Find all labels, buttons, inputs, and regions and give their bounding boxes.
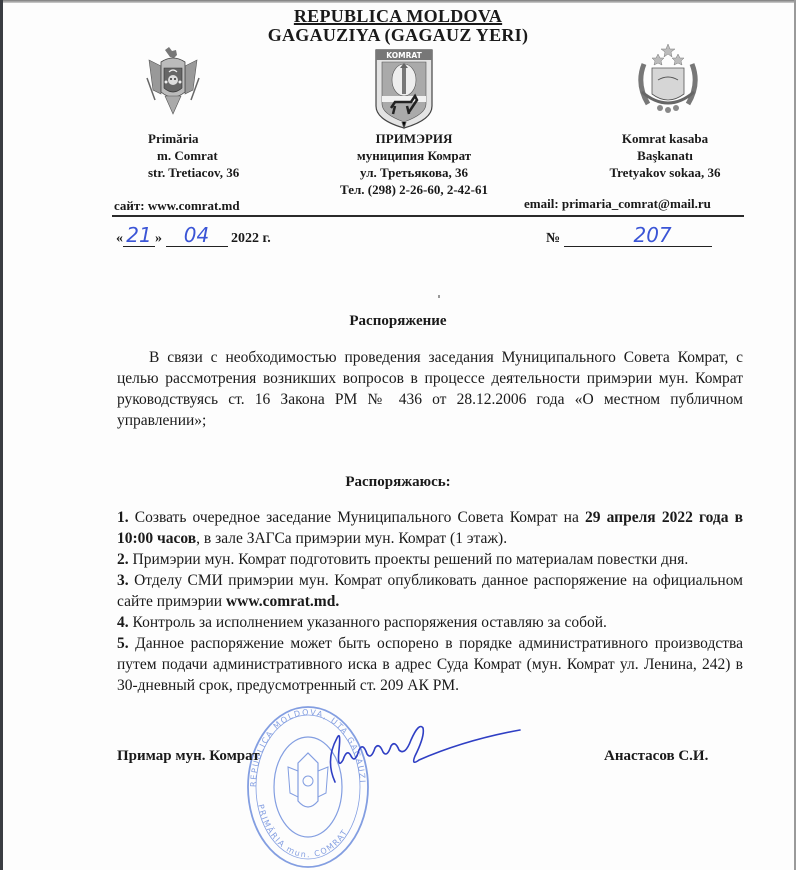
signatory-position: Примар мун. Комрат bbox=[117, 748, 260, 765]
signatory-name: Анастасов С.И. bbox=[604, 748, 708, 765]
header-left-block: Primăria m. Comrat str. Tretiacov, 36 bbox=[112, 130, 302, 181]
email-link[interactable]: email: primaria_comrat@mail.ru bbox=[524, 196, 711, 212]
date-day-field: 21 bbox=[123, 228, 155, 247]
header-left-line: str. Tretiacov, 36 bbox=[112, 164, 302, 181]
scan-speck bbox=[438, 295, 440, 298]
header-right-line: Tretyakov sokaa, 36 bbox=[590, 164, 740, 181]
decree-item: 5. Данное распоряжение может быть оспоре… bbox=[117, 633, 743, 696]
decree-heading: Распоряжаюсь: bbox=[0, 474, 796, 491]
header-right-line: Başkanatı bbox=[590, 147, 740, 164]
country-heading: REPUBLICA MOLDOVA bbox=[0, 6, 796, 27]
decree-item: 2. Примэрии мун. Комрат подготовить прое… bbox=[117, 549, 743, 570]
website-link[interactable]: сайт: www.comrat.md bbox=[114, 198, 240, 214]
header-center-line: муниципия Комрат bbox=[320, 147, 508, 164]
header-left-line: m. Comrat bbox=[112, 147, 302, 164]
decree-item: 4. Контроль за исполнением указанного ра… bbox=[117, 612, 743, 633]
document-title: Распоряжение bbox=[0, 313, 796, 330]
header-center-line: Тел. (298) 2-26-60, 2-42-61 bbox=[320, 181, 508, 198]
header-center-line: ул. Третьякова, 36 bbox=[320, 164, 508, 181]
moldova-coat-of-arms-icon bbox=[145, 46, 201, 120]
decree-item: 3. Отделу СМИ примэрии мун. Комрат опубл… bbox=[117, 570, 743, 612]
header-right-line: Komrat kasaba bbox=[590, 130, 740, 147]
decree-items-list: 1. Созвать очередное заседание Муниципал… bbox=[117, 507, 743, 696]
header-center-line: ПРИМЭРИЯ bbox=[320, 130, 508, 147]
header-divider bbox=[112, 215, 744, 217]
komrat-coat-of-arms-icon: KOMRAT bbox=[373, 48, 435, 130]
document-date: «21» 04 2022 г. bbox=[116, 228, 271, 247]
decree-item: 1. Созвать очередное заседание Муниципал… bbox=[117, 507, 743, 549]
document-number: № 207 bbox=[546, 228, 712, 247]
document-number-field: 207 bbox=[564, 228, 712, 247]
svg-text:PRIMĂRIA mun. COMRAT: PRIMĂRIA mun. COMRAT bbox=[256, 803, 350, 859]
gagauzia-coat-of-arms-icon bbox=[634, 42, 702, 118]
signature-handwriting-icon bbox=[315, 720, 525, 790]
svg-text:KOMRAT: KOMRAT bbox=[386, 51, 422, 60]
header-center-block: ПРИМЭРИЯ муниципия Комрат ул. Третьякова… bbox=[320, 130, 508, 198]
intro-paragraph: В связи с необходимостью проведения засе… bbox=[117, 347, 743, 431]
header-left-line: Primăria bbox=[112, 130, 302, 147]
date-month-field: 04 bbox=[166, 228, 228, 247]
header-right-block: Komrat kasaba Başkanatı Tretyakov sokaa,… bbox=[590, 130, 740, 181]
